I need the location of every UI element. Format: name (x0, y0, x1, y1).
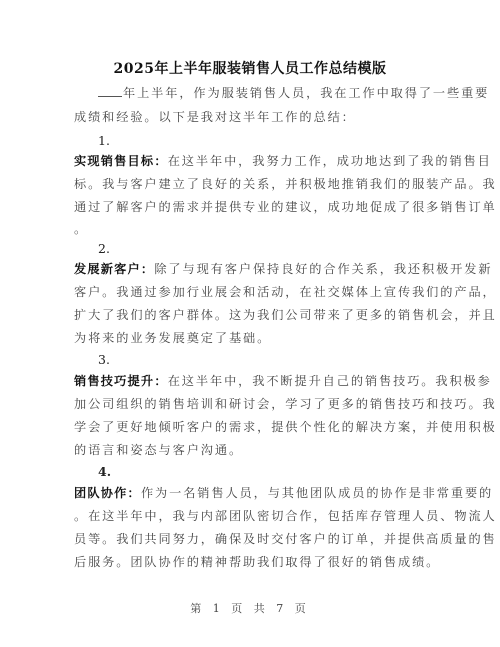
section-number-4: 4. (98, 464, 111, 479)
section-1-heading: 实现销售目标： (74, 154, 168, 168)
section-1-line-2: 标。我与客户建立了良好的关系，并积极地推销我们的服装产品。我 (74, 176, 418, 192)
section-2-heading: 发展新客户： (74, 262, 154, 276)
section-1-line-4: 。 (74, 221, 418, 237)
section-number-1: 1. (98, 133, 110, 148)
section-2-line-1: 发展新客户：除了与现有客户保持良好的合作关系，我还积极开发新 (74, 261, 418, 277)
page-title: 2025年上半年服装销售人员工作总结模版 (0, 58, 500, 78)
section-3-heading: 销售技巧提升： (74, 374, 168, 388)
section-number-3: 3. (98, 352, 110, 367)
section-3-line-1: 销售技巧提升：在这半年中，我不断提升自己的销售技巧。我积极参 (74, 373, 418, 389)
section-1-line-1: 实现销售目标：在这半年中，我努力工作，成功地达到了我的销售目 (74, 153, 418, 169)
page-footer: 第 1 页 共 7 页 (0, 600, 500, 616)
section-4-line-4: 后服务。团队协作的精神帮助我们取得了很好的销售成绩。 (74, 554, 418, 570)
section-4-line-1: 团队协作：作为一名销售人员，与其他团队成员的协作是非常重要的 (74, 485, 418, 501)
intro-text-1: 年上半年，作为服装销售人员，我在工作中取得了一些重要 (123, 86, 489, 100)
section-2-line-3: 扩大了我们的客户群体。这为我们公司带来了更多的销售机会，并且 (74, 307, 418, 323)
section-3-text-1: 在这半年中，我不断提升自己的销售技巧。我积极参 (168, 374, 492, 388)
section-4-text-1: 作为一名销售人员，与其他团队成员的协作是非常重要的 (141, 486, 493, 500)
section-4-heading: 团队协作： (74, 486, 141, 500)
intro-line-2: 成绩和经验。以下是我对这半年工作的总结： (74, 109, 418, 125)
year-blank (98, 85, 122, 97)
section-2-line-2: 客户。我通过参加行业展会和活动，在社交媒体上宣传我们的产品， (74, 284, 418, 300)
section-1-line-3: 通过了解客户的需求并提供专业的建议，成功地促成了很多销售订单 (74, 199, 418, 215)
section-4-line-3: 员等。我们共同努力，确保及时交付客户的订单，并提供高质量的售 (74, 531, 418, 547)
intro-line-1: 年上半年，作为服装销售人员，我在工作中取得了一些重要 (74, 85, 418, 101)
section-3-line-3: 学会了更好地倾听客户的需求，提供个性化的解决方案，并使用积极 (74, 419, 418, 435)
section-4-line-2: 。在这半年中，我与内部团队密切合作，包括库存管理人员、物流人 (74, 508, 418, 524)
section-1-text-1: 在这半年中，我努力工作，成功地达到了我的销售目 (168, 154, 492, 168)
section-number-2: 2. (98, 241, 110, 256)
section-2-text-1: 除了与现有客户保持良好的合作关系，我还积极开发新 (154, 262, 492, 276)
section-2-line-4: 为将来的业务发展奠定了基础。 (74, 330, 418, 346)
section-3-line-4: 的语言和姿态与客户沟通。 (74, 442, 418, 458)
document-page: 2025年上半年服装销售人员工作总结模版 年上半年，作为服装销售人员，我在工作中… (0, 0, 500, 647)
section-3-line-2: 加公司组织的销售培训和研讨会，学习了更多的销售技巧和技巧。我 (74, 396, 418, 412)
